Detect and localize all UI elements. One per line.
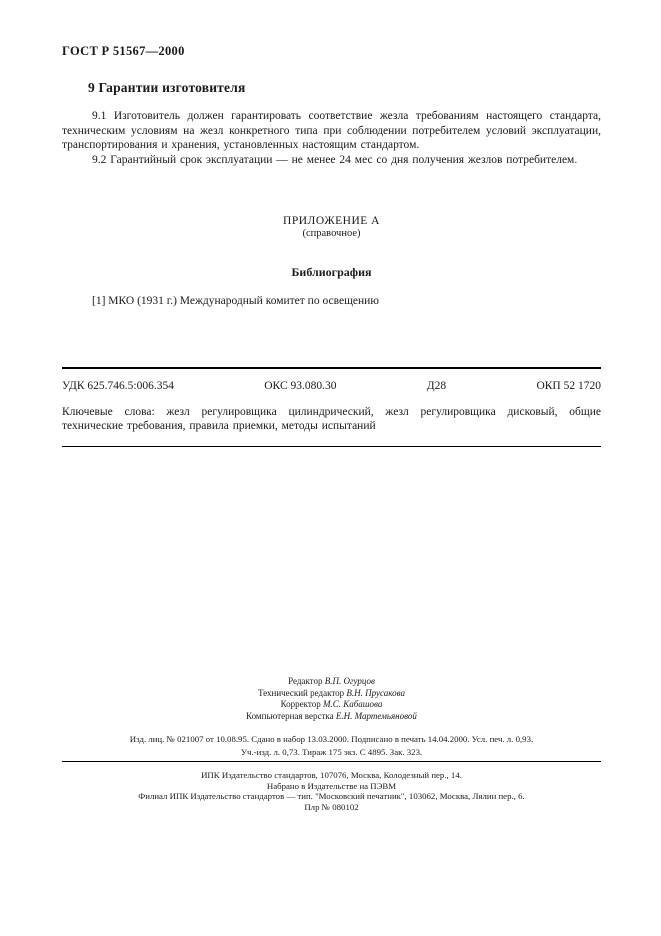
publisher-license: Плр № 080102	[62, 802, 601, 813]
separator-rule-top	[62, 367, 601, 369]
classification-row: УДК 625.746.5:006.354 ОКС 93.080.30 Д28 …	[62, 380, 601, 392]
text-block: ГОСТ Р 51567—2000 9 Гарантии изготовител…	[62, 0, 601, 812]
publisher-block: ИПК Издательство стандартов, 107076, Мос…	[62, 770, 601, 812]
group-code: Д28	[427, 380, 446, 392]
separator-rule-keywords	[62, 446, 601, 447]
credit-layout: Компьютерная верстка Е.Н. Мартемьяновой	[62, 711, 601, 723]
bibliography-heading: Библиография	[62, 265, 601, 280]
keywords-line: Ключевые слова: жезл регулировщика цилин…	[62, 405, 601, 433]
paragraph-9-2: 9.2 Гарантийный срок эксплуатации — не м…	[62, 153, 601, 168]
credits-block: Редактор В.П. Огурцов Технический редакт…	[62, 676, 601, 722]
separator-rule-colophon	[62, 761, 601, 762]
print-info-line1: Изд. лиц. № 021007 от 10.08.95. Сдано в …	[62, 733, 601, 746]
okp-code: ОКП 52 1720	[536, 380, 601, 392]
section-9-heading: 9 Гарантии изготовителя	[88, 80, 601, 96]
print-info-line2: Уч.-изд. л. 0,73. Тираж 175 экз. С 4895.…	[62, 746, 601, 759]
publisher-address: ИПК Издательство стандартов, 107076, Мос…	[62, 770, 601, 781]
publisher-typeset-note: Набрано в Издательстве на ПЭВМ	[62, 781, 601, 792]
oks-code: ОКС 93.080.30	[264, 380, 336, 392]
standard-number: ГОСТ Р 51567—2000	[62, 0, 601, 59]
credit-role: Корректор	[281, 699, 321, 709]
credit-name: Е.Н. Мартемьяновой	[336, 711, 417, 721]
credit-role: Редактор	[288, 676, 322, 686]
document-page: ГОСТ Р 51567—2000 9 Гарантии изготовител…	[0, 0, 661, 936]
credit-name: В.Н. Прусакова	[346, 688, 405, 698]
print-info-block: Изд. лиц. № 021007 от 10.08.95. Сдано в …	[62, 733, 601, 758]
credit-role: Компьютерная верстка	[246, 711, 334, 721]
credit-name: М.С. Кабашова	[323, 699, 382, 709]
appendix-title: ПРИЛОЖЕНИЕ А	[62, 215, 601, 227]
paragraph-9-1: 9.1 Изготовитель должен гарантировать со…	[62, 109, 601, 153]
appendix-subtitle: (справочное)	[62, 228, 601, 239]
credit-editor: Редактор В.П. Огурцов	[62, 676, 601, 688]
bibliography-entry: [1] МКО (1931 г.) Международный комитет …	[92, 295, 601, 307]
udk-code: УДК 625.746.5:006.354	[62, 380, 174, 392]
credit-technical-editor: Технический редактор В.Н. Прусакова	[62, 688, 601, 700]
credit-name: В.П. Огурцов	[325, 676, 375, 686]
publisher-branch: Филиал ИПК Издательство стандартов — тип…	[62, 791, 601, 802]
credit-proofreader: Корректор М.С. Кабашова	[62, 699, 601, 711]
credit-role: Технический редактор	[258, 688, 344, 698]
